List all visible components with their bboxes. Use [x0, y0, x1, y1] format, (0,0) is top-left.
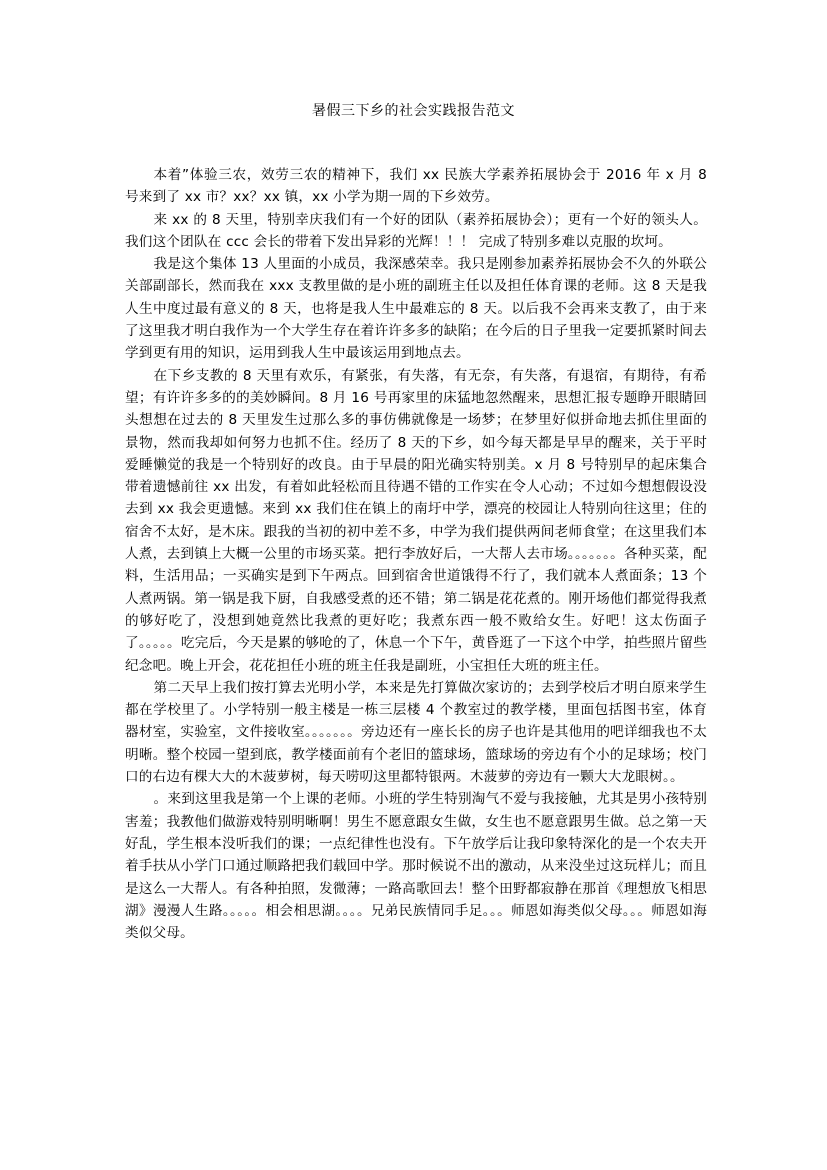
document-title: 暑假三下乡的社会实践报告范文: [0, 101, 827, 121]
document-body: 本着”体验三农，效劳三农的精神下，我们 xx 民族大学素养拓展协会于 2016 …: [125, 164, 707, 944]
paragraph-second-day: 第二天早上我们按打算去光明小学，本来是先打算做次家访的；去到学校后才明白原来学生…: [125, 677, 707, 788]
paragraph-eight-days: 在下乡支教的 8 天里有欢乐，有紧张，有失落，有无奈，有失落，有退宿，有期待，有…: [125, 365, 707, 677]
document-page: 暑假三下乡的社会实践报告范文 本着”体验三农，效劳三农的精神下，我们 xx 民族…: [0, 0, 827, 1170]
paragraph-intro: 本着”体验三农，效劳三农的精神下，我们 xx 民族大学素养拓展协会于 2016 …: [125, 164, 707, 209]
paragraph-team: 来 xx 的 8 天里，特别幸庆我们有一个好的团队（素养拓展协会）；更有一个好的…: [125, 209, 707, 254]
paragraph-self: 我是这个集体 13 人里面的小成员，我深感荣幸。我只是刚参加素养拓展协会不久的外…: [125, 253, 707, 364]
paragraph-first-class: 。来到这里我是第一个上课的老师。小班的学生特别淘气不爱与我接触，尤其是男小孩特别…: [125, 788, 707, 944]
